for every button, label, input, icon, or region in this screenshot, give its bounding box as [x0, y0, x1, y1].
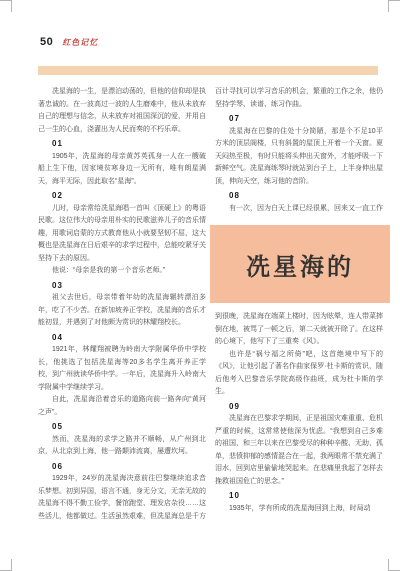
article-body: 冼星海的一生，是漂泊动荡的，但他的信仰却是执著忠诚的。在一波高过一波的人生磨难中…	[38, 86, 383, 523]
paragraph: 有一次，因为白天上课已经很累，回来又一直工作	[215, 203, 383, 216]
paragraph: 冼星海在巴黎的住处十分简陋，那是个不足10平方米的顶层阁楼，只有斜置的屋顶上开着…	[215, 126, 383, 189]
column-left: 冼星海的一生，是漂泊动荡的，但他的信仰却是执著忠诚的。在一波高过一波的人生磨难中…	[38, 86, 206, 523]
paragraph: 到很晚，冼星海在端菜上楼时，因为眩晕，连人带菜摔倒在地，被骂了一顿之后，第二天就…	[215, 311, 383, 349]
section-number: 01	[38, 138, 206, 151]
crop-mark-top-right	[388, 0, 400, 12]
section-number: 09	[215, 401, 383, 414]
section-number: 08	[215, 190, 383, 203]
crop-mark-bottom-right	[388, 559, 400, 571]
section-label: 红色记忆	[62, 37, 98, 48]
paragraph: 冼星海的一生，是漂泊动荡的，但他的信仰却是执著忠诚的。在一波高过一波的人生磨难中…	[38, 86, 206, 136]
title-box-text: 冼星海的	[246, 247, 354, 282]
paragraph: 1921年，林耀翔被聘为岭南大学附属华侨中学校长，他挑选了包括冼星海等20多名学…	[38, 344, 206, 394]
crop-mark-bottom-left	[0, 559, 12, 571]
section-number: 07	[215, 113, 383, 126]
paragraph: 1935年，学有所成的冼星海回到上海，时局动	[215, 503, 383, 516]
paragraph: 也许是“祸兮福之所倚”吧，这首绝境中写下的《风》，让他引起了著名作曲家保罗·杜卡…	[215, 349, 383, 399]
title-box: 冼星海的	[210, 225, 390, 303]
section-number: 03	[38, 280, 206, 293]
paragraph: 儿时，母亲常给冼星海唱一首叫《顶硬上》的粤语民歌。这位伟大的母亲用朴实的民歌滋养…	[38, 203, 206, 266]
page-header: 50 红色记忆	[40, 36, 98, 48]
section-number: 06	[38, 461, 206, 474]
page-number: 50	[40, 36, 53, 48]
paragraph: 自此，冼星海沿着音乐的道路向前一路奔向“黄河之声”。	[38, 394, 206, 419]
section-number: 10	[215, 490, 383, 503]
magazine-page: 50 红色记忆 冼星海的一生，是漂泊动荡的，但他的信仰却是执著忠诚的。在一波高过…	[0, 0, 400, 571]
paragraph: 祖父去世后，母亲带着年幼的冼星海辗转漂泊多年，吃了不少苦。在新加坡养正学校，冼星…	[38, 292, 206, 330]
column-right: 百计寻找可以学习音乐的机会，繁重的工作之余，他仍坚持学琴、读谱、练习作曲。07冼…	[215, 86, 383, 523]
paragraph: 他说：“母亲是我的第一个音乐老师。”	[38, 265, 206, 278]
divider-bar	[38, 66, 378, 75]
section-number: 05	[38, 421, 206, 434]
paragraph: 冼星海在巴黎求学期间，正是祖国灾难重重、危机严重的时候，这常常使他深为忧虑。“我…	[215, 413, 383, 488]
section-number: 04	[38, 332, 206, 345]
paragraph: 1905年，冼星海的母亲黄苏英孤身一人在一艘破船上生下他，因家境贫寒身边一无所有…	[38, 151, 206, 189]
paragraph: 百计寻找可以学习音乐的机会，繁重的工作之余，他仍坚持学琴、读谱、练习作曲。	[215, 86, 383, 111]
paragraph: 然而，冼星海的求学之路并不顺畅，从广州到北京，从北京到上海，他一路颠沛流离，屡遭…	[38, 434, 206, 459]
crop-mark-top-left	[0, 0, 12, 12]
paragraph: 1929年，24岁的冼星海决意前往巴黎继续追求音乐梦想。初到异国，语言不通，身无…	[38, 473, 206, 523]
section-number: 02	[38, 190, 206, 203]
